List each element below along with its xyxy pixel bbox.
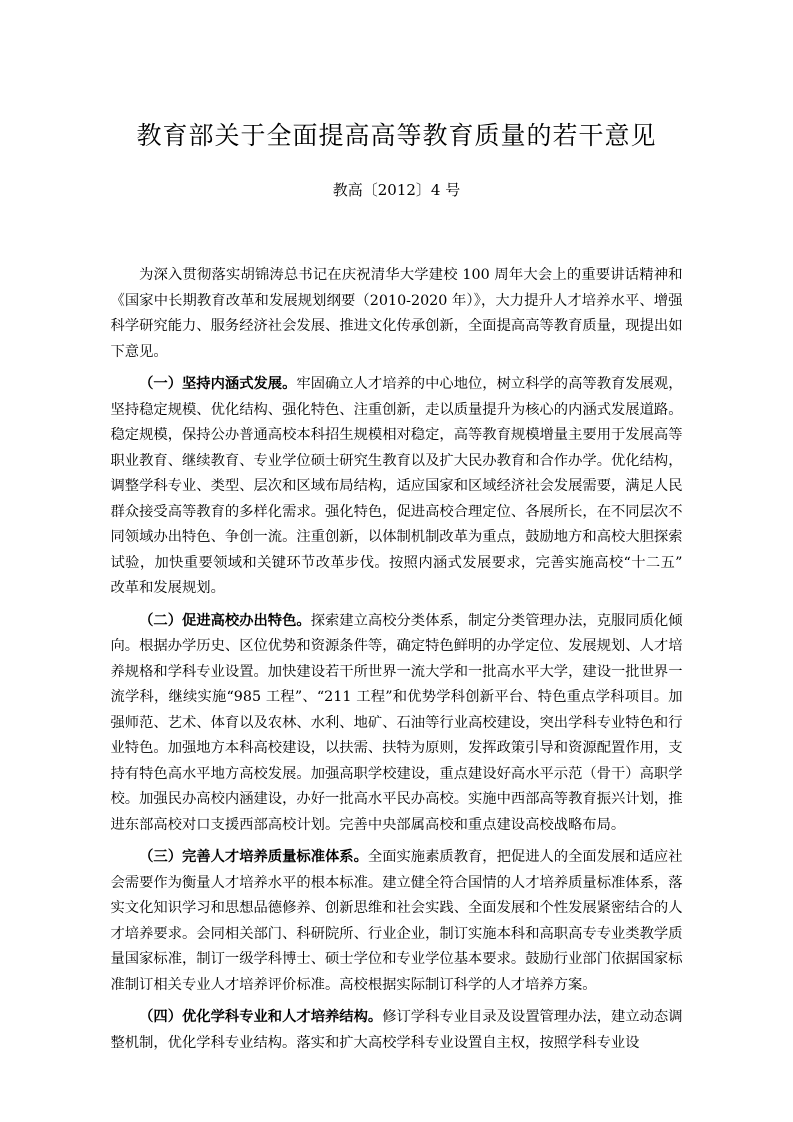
paragraph: （二）促进高校办出特色。探索建立高校分类体系，制定分类管理办法，克服同质化倾向。… [111,609,683,839]
section-heading: （四）优化学科专业和人才培养结构。 [139,1009,382,1025]
section-heading: （一）坚持内涵式发展。 [139,376,296,392]
paragraph-text: 全面实施素质教育，把促进人的全面发展和适应社会需要作为衡量人才培养水平的根本标准… [111,849,683,993]
document-body: 为深入贯彻落实胡锦涛总书记在庆祝清华大学建校 100 周年大会上的重要讲话精神和… [111,263,683,1056]
document-page: 教育部关于全面提高高等教育质量的若干意见 教高〔2012〕4 号 为深入贯彻落实… [0,0,793,1122]
paragraph: （一）坚持内涵式发展。牢固确立人才培养的中心地位，树立科学的高等教育发展观，坚持… [111,372,683,602]
section-heading: （二）促进高校办出特色。 [139,613,311,629]
paragraph-text: 牢固确立人才培养的中心地位，树立科学的高等教育发展观，坚持稳定规模、优化结构、强… [111,376,683,596]
section-heading: （三）完善人才培养质量标准体系。 [139,849,368,865]
paragraph-text: 为深入贯彻落实胡锦涛总书记在庆祝清华大学建校 100 周年大会上的重要讲话精神和… [111,267,683,360]
document-number: 教高〔2012〕4 号 [0,180,793,201]
paragraph: 为深入贯彻落实胡锦涛总书记在庆祝清华大学建校 100 周年大会上的重要讲话精神和… [111,263,683,365]
paragraph-text: 探索建立高校分类体系，制定分类管理办法，克服同质化倾向。根据办学历史、区位优势和… [111,613,683,833]
document-title: 教育部关于全面提高高等教育质量的若干意见 [0,0,793,154]
paragraph: （三）完善人才培养质量标准体系。全面实施素质教育，把促进人的全面发展和适应社会需… [111,845,683,998]
paragraph: （四）优化学科专业和人才培养结构。修订学科专业目录及设置管理办法，建立动态调整机… [111,1005,683,1056]
